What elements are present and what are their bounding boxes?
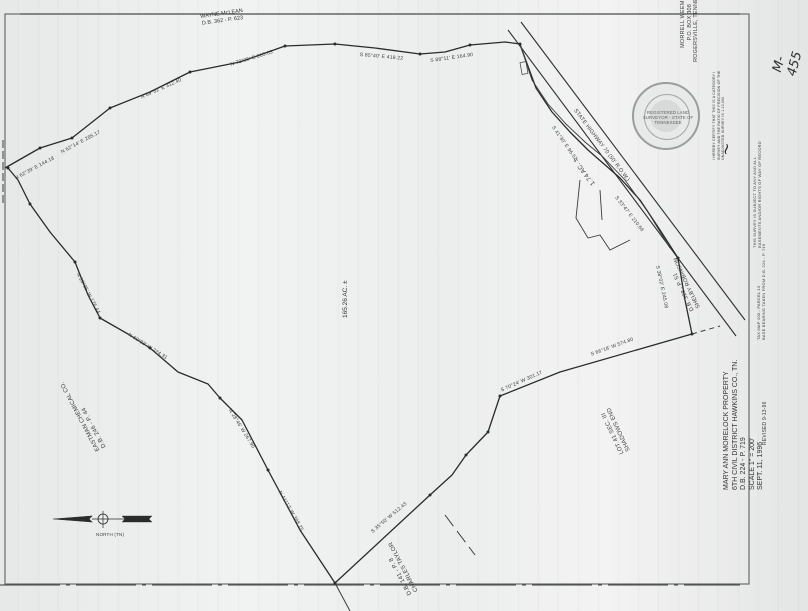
north-arrow-graphic <box>53 511 152 528</box>
certification-note: THIS SURVEY IS SUBJECT TO ANY AND ALL EA… <box>752 141 762 248</box>
title-block: MARY ANN MORELOCK PROPERTY 6TH CIVIL DIS… <box>723 410 766 490</box>
surveyor-seal: REGISTERED LAND SURVEYOR - STATE OF TENN… <box>632 82 700 150</box>
title-scale: SCALE 1" = 200' <box>749 410 758 490</box>
seal-text: REGISTERED LAND SURVEYOR - STATE OF TENN… <box>638 110 698 125</box>
adjoiner-lines <box>0 14 740 611</box>
survey-sheet: N 62°14' E 285.17 N 69°52' E 312.40 N 78… <box>0 0 808 611</box>
north-arrow-label: NORTH (TN) <box>96 532 124 538</box>
title-date: SEPT. 11, 1996 <box>757 410 766 490</box>
surveyor-signature: ~ <box>722 142 731 157</box>
corner-markers <box>7 43 694 585</box>
title-deed: D.B. 224 - P. 719 <box>740 410 749 490</box>
surveyor-block: MORRELL WEEMS P.O. BOX 308 ROGERSVILLE, … <box>680 0 700 62</box>
acreage-label: 165.26 AC. ± <box>342 280 349 318</box>
title-district: 6TH CIVIL DISTRICT HAWKINS CO., TN. <box>732 410 741 490</box>
title-owner: MARY ANN MORELOCK PROPERTY <box>723 410 732 490</box>
tax-map-note: TAX MAP 100 - PARCEL 13 BASE BEARING TAK… <box>756 244 766 340</box>
